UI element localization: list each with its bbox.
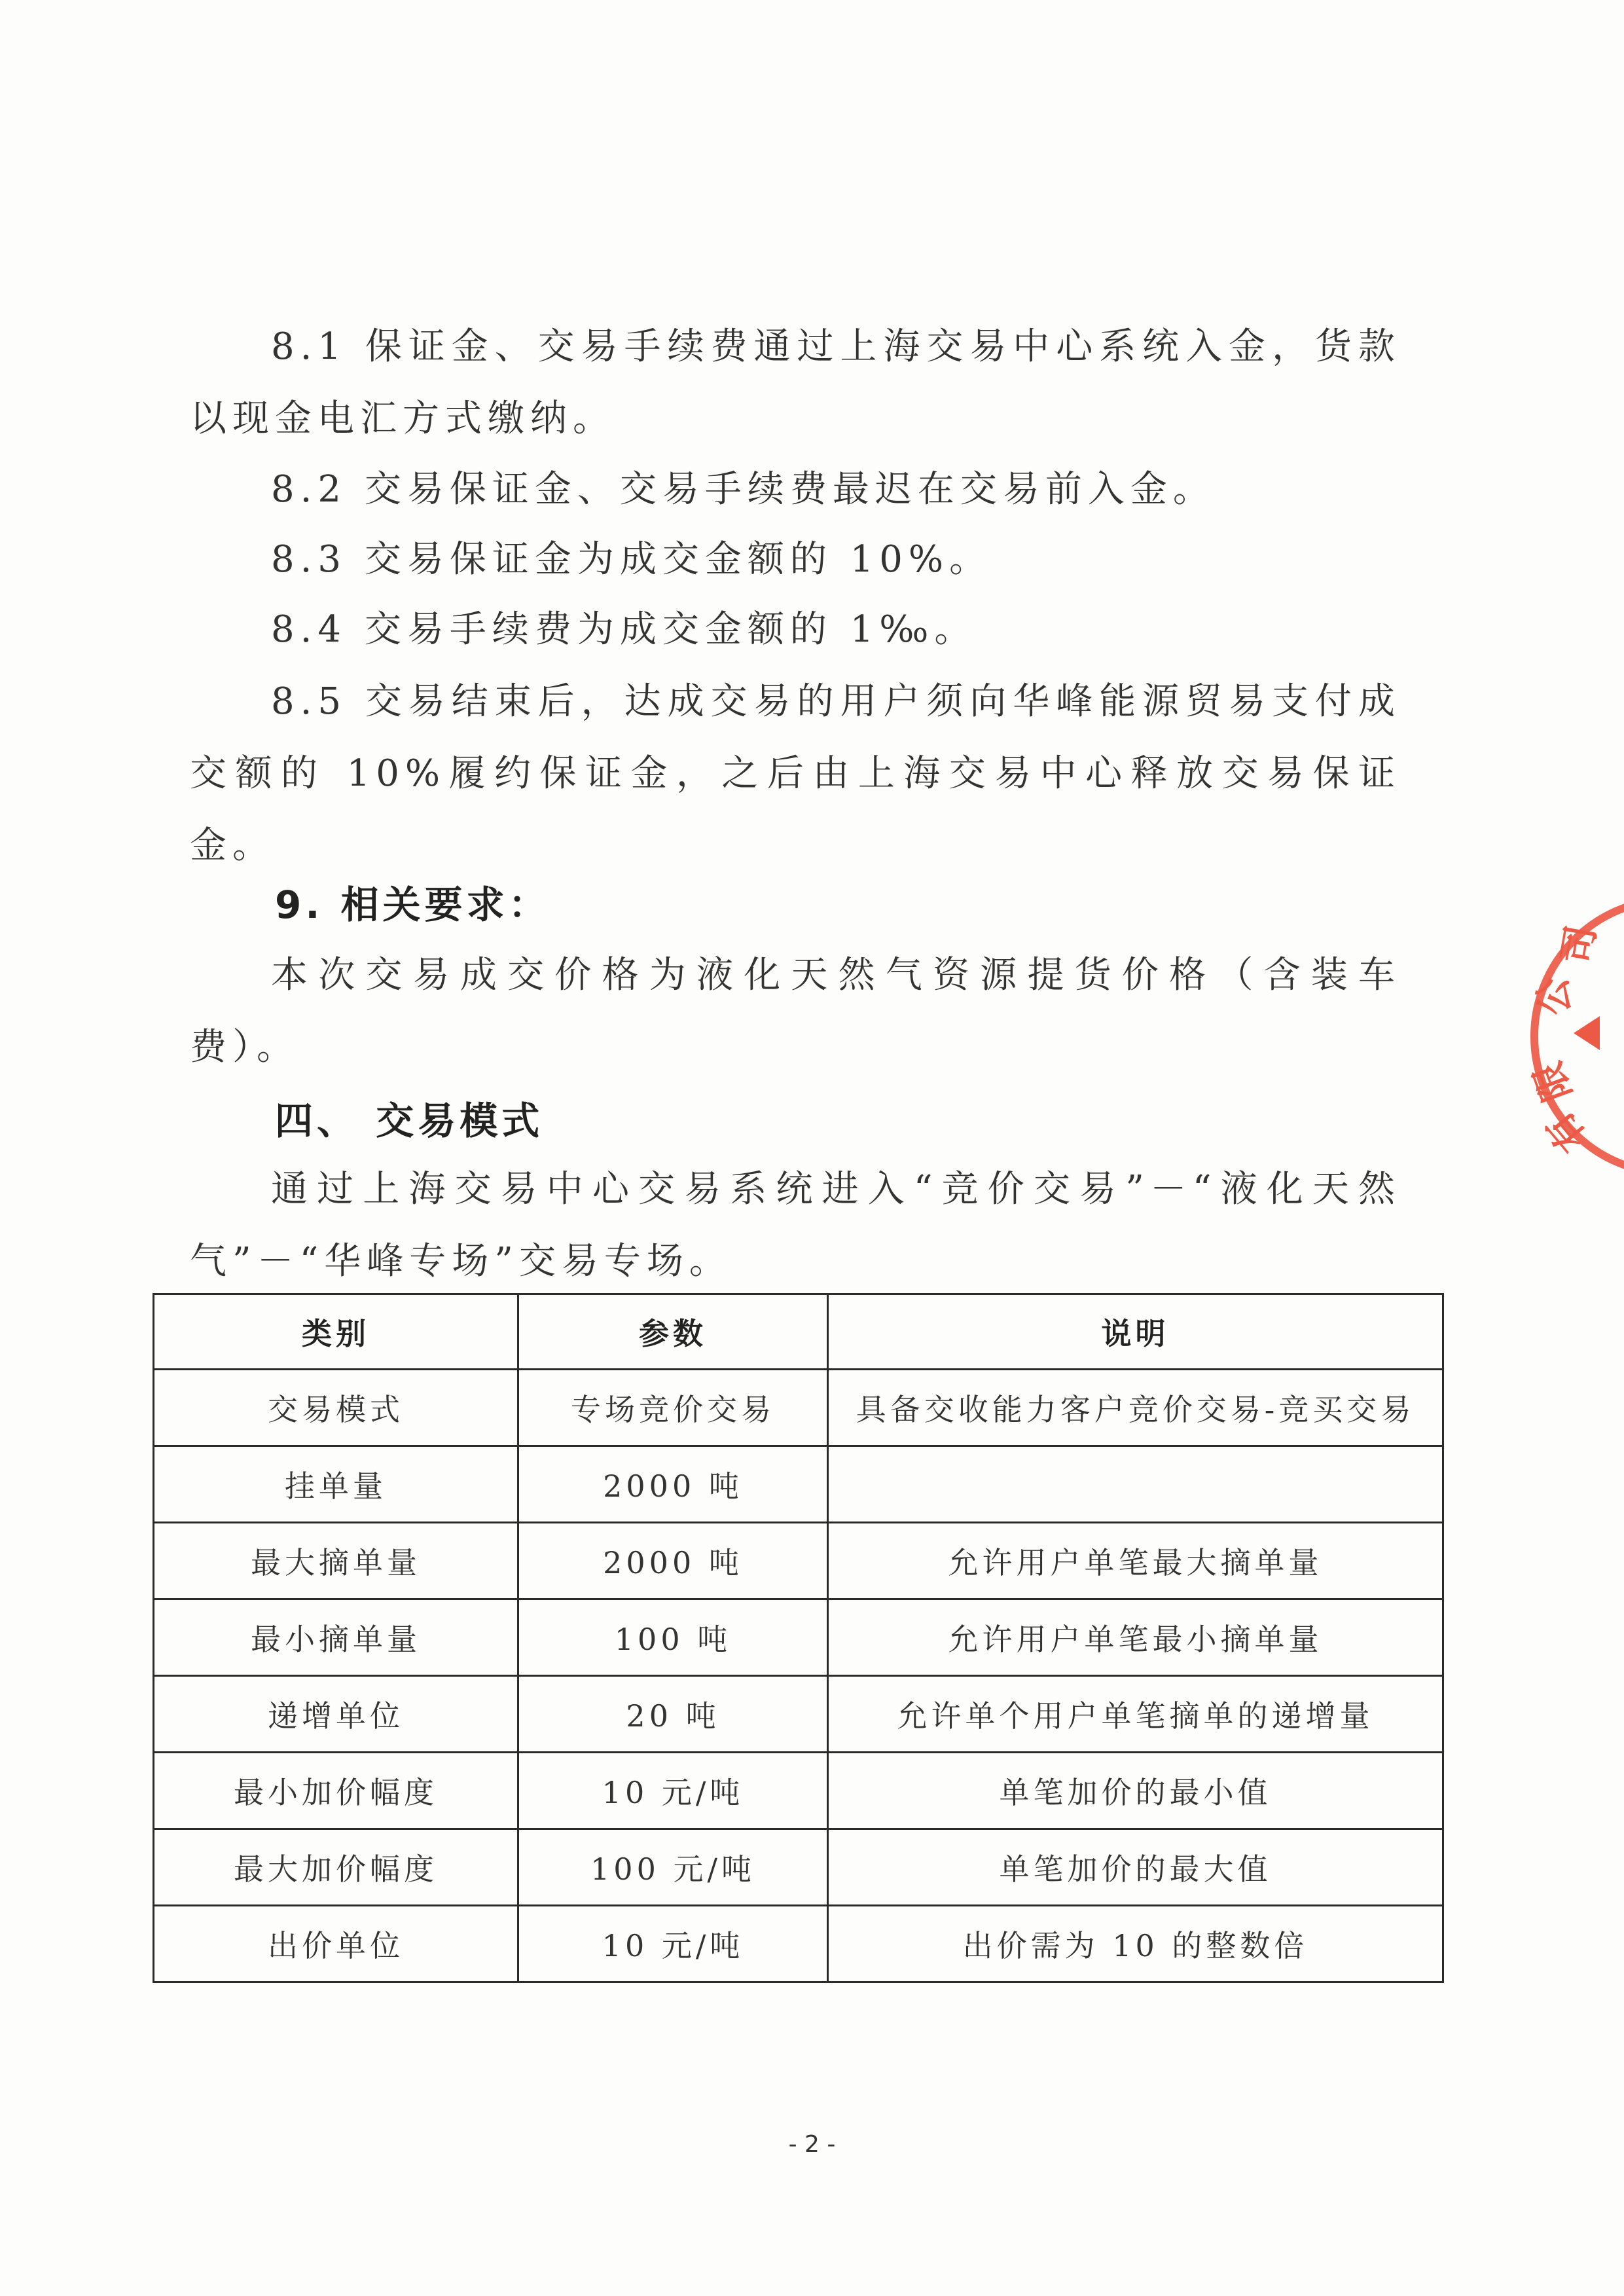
cell-category: 出价单位: [154, 1906, 518, 1982]
page-number: - 2 -: [0, 2131, 1624, 2158]
paragraph-8-3: 8.3 交易保证金为成交金额的 10%。: [190, 524, 1401, 596]
table-row: 出价单位 10 元/吨 出价需为 10 的整数倍: [154, 1906, 1443, 1982]
cell-parameter: 10 元/吨: [518, 1753, 828, 1829]
document-page: 8.1 保证金、交易手续费通过上海交易中心系统入金，货款以现金电汇方式缴纳。 8…: [0, 0, 1624, 2296]
section-4-heading: 四、 交易模式: [275, 1085, 543, 1157]
cell-description: 允许用户单笔最大摘单量: [828, 1523, 1443, 1599]
paragraph-8-5: 8.5 交易结束后，达成交易的用户须向华峰能源贸易支付成交额的 10%履约保证金…: [190, 666, 1401, 882]
cell-description: [828, 1446, 1443, 1523]
table-row: 最大摘单量 2000 吨 允许用户单笔最大摘单量: [154, 1523, 1443, 1599]
paragraph-8-1: 8.1 保证金、交易手续费通过上海交易中心系统入金，货款以现金电汇方式缴纳。: [190, 311, 1401, 455]
cell-parameter: 20 吨: [518, 1676, 828, 1753]
cell-category: 最小加价幅度: [154, 1753, 518, 1829]
cell-category: 递增单位: [154, 1676, 518, 1753]
cell-description: 允许用户单笔最小摘单量: [828, 1599, 1443, 1676]
header-parameter: 参数: [518, 1294, 828, 1370]
section-9-heading: 9. 相关要求：: [275, 869, 550, 941]
header-description: 说明: [828, 1294, 1443, 1370]
section-9-text: 本次交易成交价格为液化天然气资源提货价格（含装车费）。: [190, 939, 1401, 1084]
table-row: 最大加价幅度 100 元/吨 单笔加价的最大值: [154, 1829, 1443, 1906]
table-row: 最小加价幅度 10 元/吨 单笔加价的最小值: [154, 1753, 1443, 1829]
cell-parameter: 2000 吨: [518, 1446, 828, 1523]
cell-description: 单笔加价的最大值: [828, 1829, 1443, 1906]
table-row: 挂单量 2000 吨: [154, 1446, 1443, 1523]
section-4-text: 通过上海交易中心交易系统进入“竞价交易”－“液化天然气”－“华峰专场”交易专场。: [190, 1154, 1401, 1298]
table-header-row: 类别 参数 说明: [154, 1294, 1443, 1370]
table-row: 递增单位 20 吨 允许单个用户单笔摘单的递增量: [154, 1676, 1443, 1753]
cell-description: 出价需为 10 的整数倍: [828, 1906, 1443, 1982]
trading-parameters-table: 类别 参数 说明 交易模式 专场竞价交易 具备交收能力客户竞价交易-竞买交易 挂…: [153, 1293, 1444, 1983]
cell-parameter: 专场竞价交易: [518, 1370, 828, 1446]
cell-description: 允许单个用户单笔摘单的递增量: [828, 1676, 1443, 1753]
cell-category: 最小摘单量: [154, 1599, 518, 1676]
cell-category: 最大摘单量: [154, 1523, 518, 1599]
cell-parameter: 100 元/吨: [518, 1829, 828, 1906]
table-row: 最小摘单量 100 吨 允许用户单笔最小摘单量: [154, 1599, 1443, 1676]
table-row: 交易模式 专场竞价交易 具备交收能力客户竞价交易-竞买交易: [154, 1370, 1443, 1446]
cell-description: 单笔加价的最小值: [828, 1753, 1443, 1829]
paragraph-8-4: 8.4 交易手续费为成交金额的 1‰。: [190, 594, 1401, 666]
cell-parameter: 2000 吨: [518, 1523, 828, 1599]
cell-parameter: 100 吨: [518, 1599, 828, 1676]
seal-char: 公: [1522, 975, 1580, 1017]
cell-category: 交易模式: [154, 1370, 518, 1446]
cell-category: 挂单量: [154, 1446, 518, 1523]
header-category: 类别: [154, 1294, 518, 1370]
cell-parameter: 10 元/吨: [518, 1906, 828, 1982]
cell-description: 具备交收能力客户竞价交易-竞买交易: [828, 1370, 1443, 1446]
paragraph-8-2: 8.2 交易保证金、交易手续费最迟在交易前入金。: [190, 454, 1401, 526]
seal-star-icon: [1574, 1016, 1600, 1050]
cell-category: 最大加价幅度: [154, 1829, 518, 1906]
